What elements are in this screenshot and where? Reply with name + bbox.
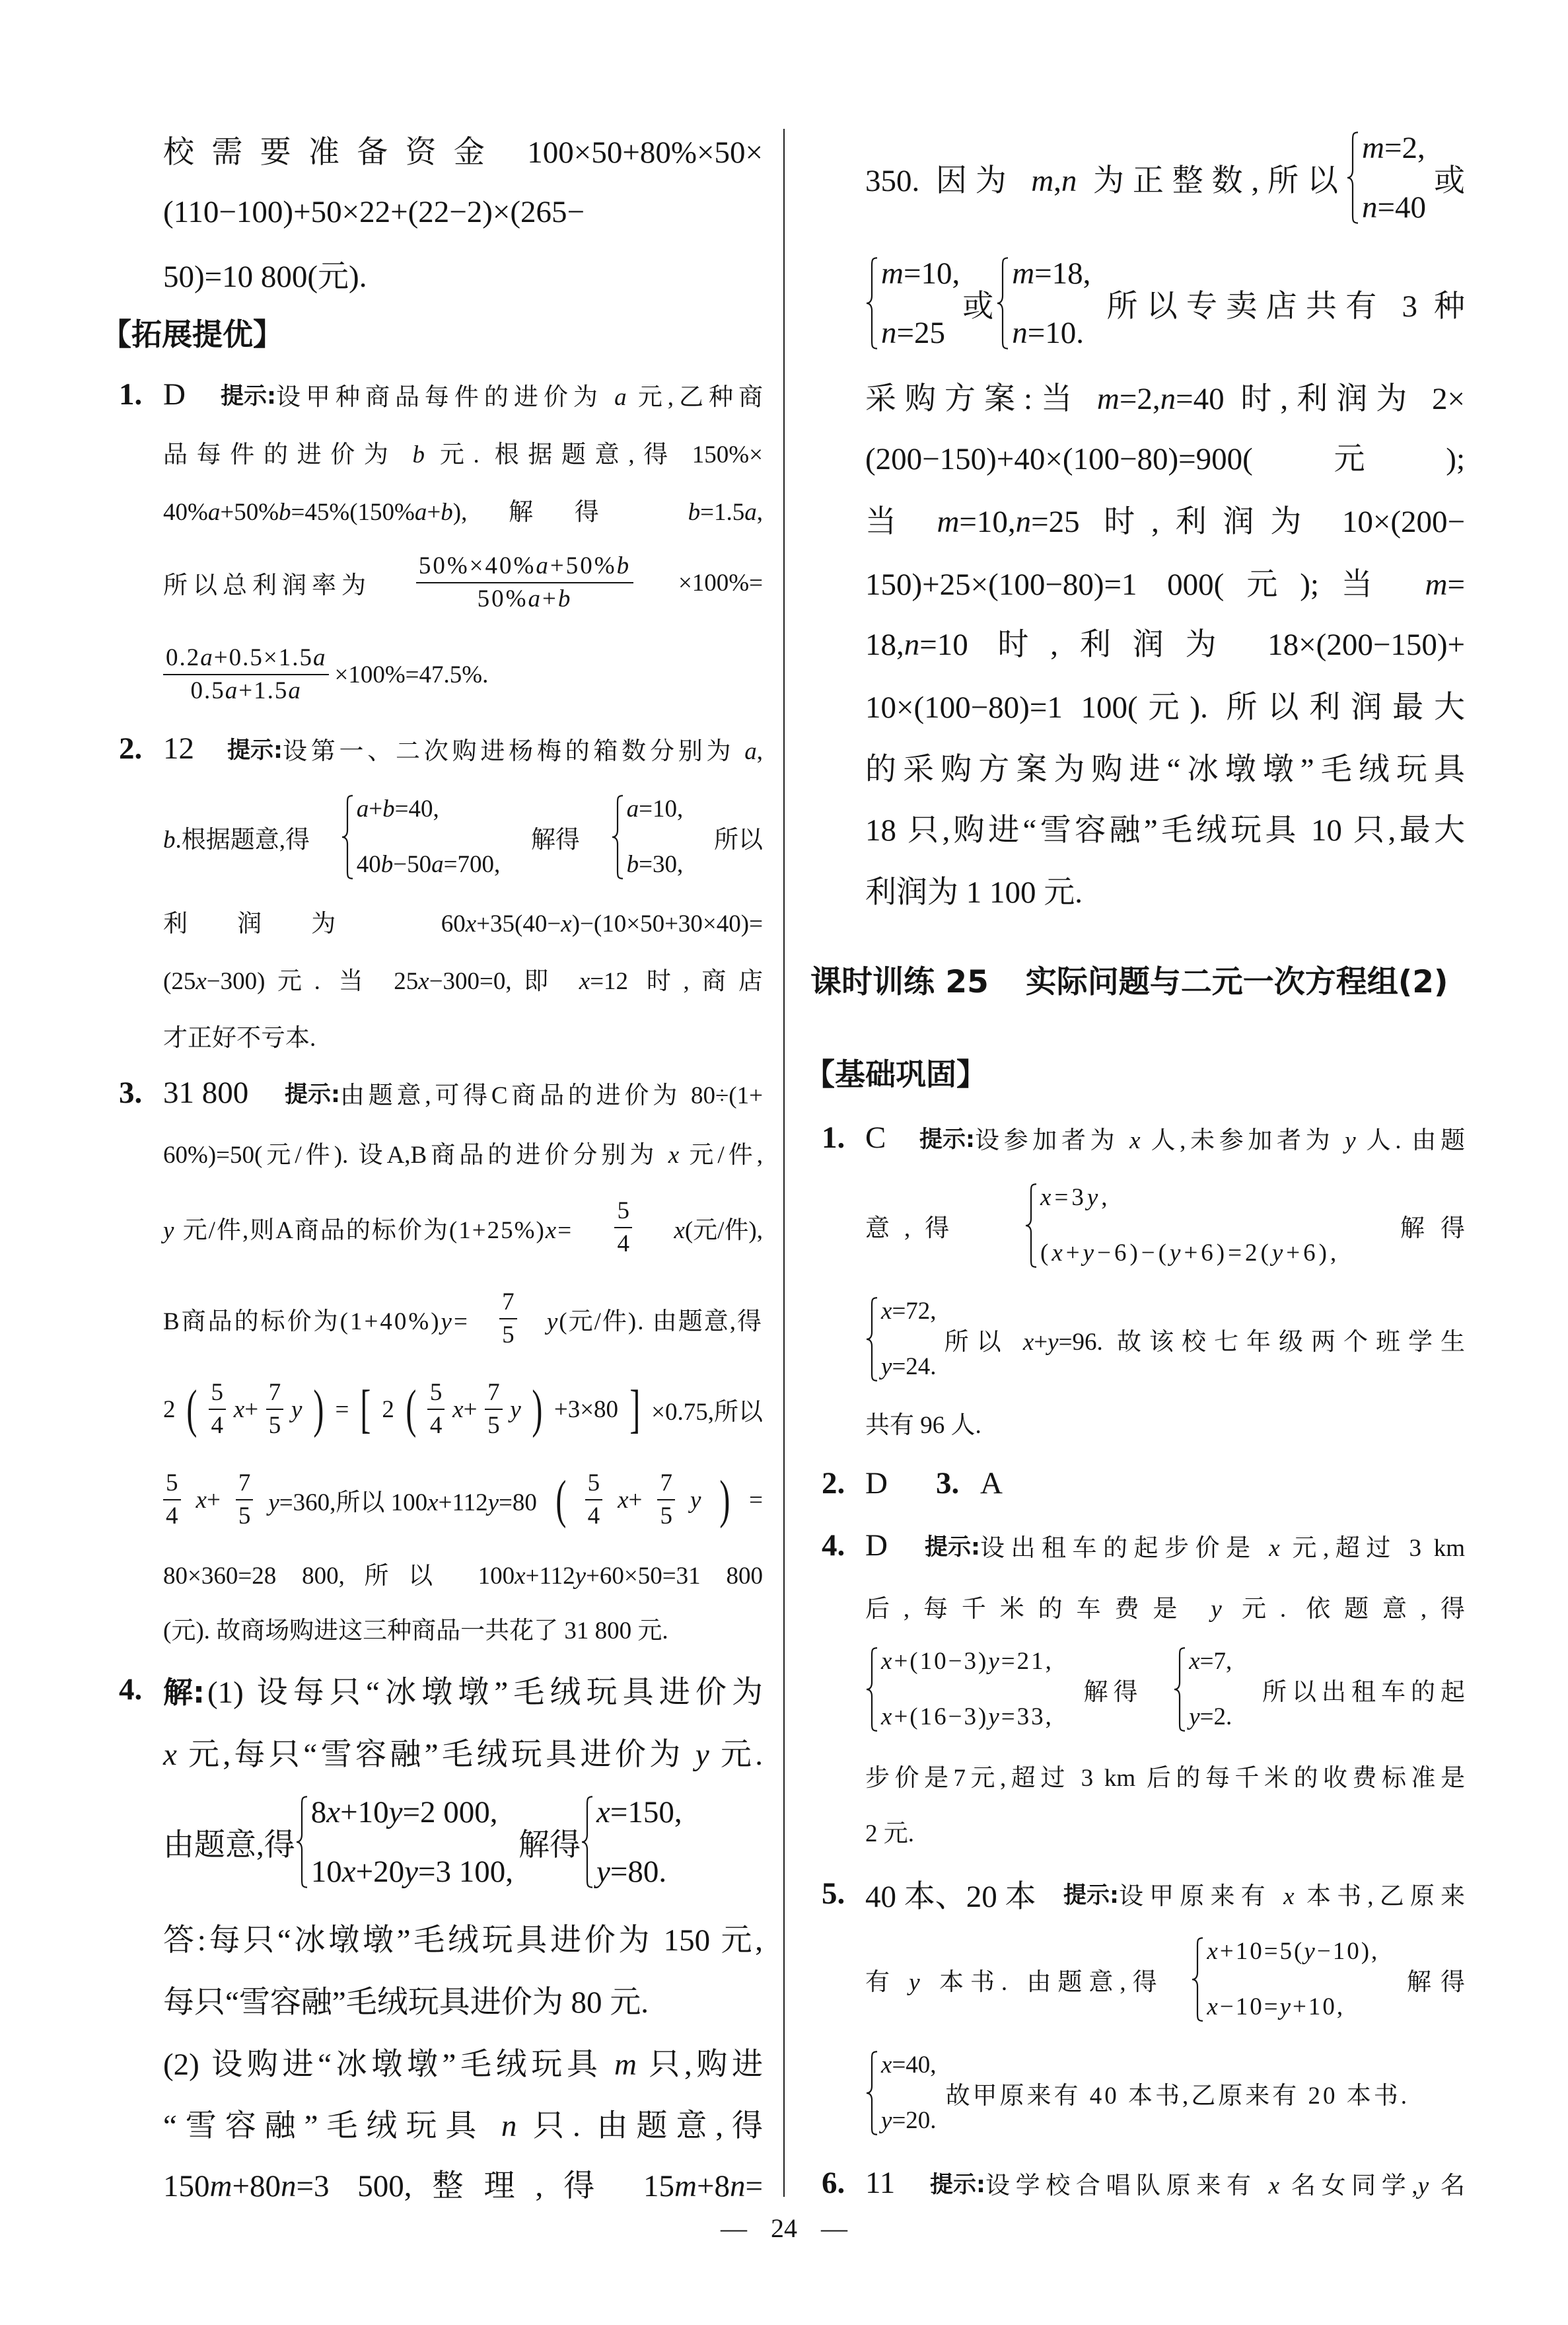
math-variable: x	[326, 1795, 340, 1829]
column-divider	[783, 129, 785, 2197]
math-variable: y	[291, 1396, 302, 1423]
math-variable: x	[881, 2051, 892, 2079]
hint-label: 提示:	[925, 1529, 980, 1562]
system-row: x=150,	[596, 1796, 682, 1829]
text-line: 利润为 1 100 元.	[865, 850, 1465, 929]
formula-line: x=40, y=20. 故甲原来有 40 本书,乙原来有 20 本书.	[865, 2053, 1465, 2133]
solution-text: 350. 因为 m,n 为正整数,所以	[865, 156, 1338, 200]
big-bracket: [	[360, 1383, 371, 1436]
solution-text: 18,n=10 时,利润为 18×(200−150)+	[865, 620, 1465, 664]
formula-line: 0.2a+0.5×1.5a 0.5a+1.5a ×100%=47.5%.	[163, 635, 763, 714]
equation-system: m=2, n=40	[1346, 131, 1426, 224]
big-bracket: ]	[629, 1383, 640, 1436]
solution-text: 所以专卖店共有 3 种	[1106, 281, 1465, 326]
math-text: x+	[234, 1395, 258, 1424]
system-row: n=10.	[1012, 316, 1090, 350]
big-paren: )	[532, 1383, 543, 1436]
math-variable: y	[510, 1396, 520, 1423]
math-variable: a	[536, 552, 550, 579]
big-paren: )	[720, 1473, 731, 1526]
hint-text: ×100%=47.5%.	[334, 661, 488, 689]
math-variable: x	[561, 910, 571, 938]
hint-text: 所以总利润率为	[163, 565, 371, 601]
fraction-denominator: 4	[588, 1500, 600, 1532]
math-variable: x	[881, 1298, 892, 1325]
math-variable: n	[1016, 505, 1032, 539]
math-variable: y	[1170, 1239, 1184, 1267]
text-line: 60%)=50(元/件). 设A,B商品的进价分别为 x 元/件,	[163, 1113, 763, 1192]
fraction-denominator: 5	[660, 1500, 672, 1532]
math-variable: y	[1189, 1703, 1199, 1730]
math-variable: b	[413, 441, 425, 468]
answer-value: A	[980, 1465, 1003, 1501]
math-variable: m	[937, 505, 959, 539]
solution-text: 的采购方案为购进“冰墩墩”毛绒玩具	[865, 745, 1465, 789]
math-variable: y	[268, 1489, 279, 1516]
system-row: y=2.	[1189, 1703, 1232, 1732]
equation-system: a=10, b=30,	[611, 795, 684, 879]
solution-text: 150)+25×(100−80)=1 000(元);当 m=	[865, 560, 1465, 604]
hint-text: 80×360=28 800,所以 100x+112y+60×50=31 800	[163, 1555, 763, 1591]
math-text: +3×80	[554, 1395, 618, 1424]
math-variable: b	[382, 795, 395, 823]
math-variable: x	[579, 968, 590, 995]
math-variable: m	[1425, 568, 1448, 602]
math-variable: y	[441, 1308, 454, 1335]
fraction-numerator: 0.2a+0.5×1.5a	[163, 642, 329, 675]
math-text: =	[749, 1486, 763, 1514]
math-variable: x	[196, 968, 206, 995]
fraction-denominator: 4	[166, 1500, 178, 1532]
big-paren: (	[555, 1473, 566, 1526]
left-brace-icon	[581, 1796, 594, 1888]
system-row: 10x+20y=3 100,	[311, 1855, 513, 1888]
hint-text: 由题意,可得C商品的进价为 80÷(1+	[340, 1075, 763, 1111]
equation-system: x=150, y=80.	[581, 1796, 682, 1888]
math-variable: a	[225, 677, 239, 704]
system-row: m=18,	[1012, 257, 1090, 290]
item-number: 1.	[119, 355, 142, 434]
math-text: x+	[618, 1486, 642, 1514]
fraction: 75	[485, 1377, 503, 1442]
system-row: (x+y−6)−(y+6)=2(y+6),	[1040, 1239, 1339, 1268]
left-brace-icon	[295, 1796, 308, 1888]
fraction-numerator: 5	[585, 1467, 603, 1500]
fraction-numerator: 5	[163, 1467, 181, 1500]
system-row: x−10=y+10,	[1207, 1993, 1379, 2022]
fraction-denominator: 5	[487, 1410, 500, 1442]
formula-line: B商品的标价为(1+40%)y= 7 5 y(元/件). 由题意,得	[163, 1279, 763, 1358]
hint-label: 提示:	[919, 1121, 975, 1154]
fraction-denominator: 5	[238, 1500, 251, 1532]
fraction-denominator: 4	[617, 1228, 629, 1260]
lesson-topic: 实际问题与二元一次方程组(2)	[1026, 964, 1448, 1000]
math-variable: x	[515, 1563, 525, 1590]
big-paren: )	[313, 1383, 324, 1436]
page-number: 24	[771, 2213, 797, 2244]
left-brace-icon	[865, 2051, 878, 2135]
math-variable: b	[441, 499, 453, 526]
math-variable: x	[466, 910, 476, 938]
system-row: a+b=40,	[357, 795, 501, 824]
math-variable: y	[909, 1969, 926, 1996]
footer-dash: —	[721, 2213, 747, 2244]
system-row: b=30,	[627, 850, 684, 879]
math-variable: y	[1087, 1184, 1101, 1211]
hint-label: 提示:	[221, 378, 276, 411]
math-variable: y	[389, 1795, 403, 1829]
system-row: m=10,	[881, 257, 960, 290]
math-variable: y	[1048, 1329, 1058, 1356]
answer-value: D	[865, 1528, 925, 1563]
system-row: y=24.	[881, 1352, 937, 1382]
math-variable: a	[744, 738, 757, 765]
math-variable: m	[614, 2048, 637, 2082]
solution-text: “雪容融”毛绒玩具 n 只. 由题意,得	[163, 2101, 763, 2145]
math-variable: b	[688, 499, 701, 526]
system-row: a=10,	[627, 795, 684, 824]
fraction-numerator: 5	[427, 1377, 445, 1410]
math-variable: a	[357, 795, 369, 823]
fraction: 54	[585, 1467, 603, 1532]
fraction-denominator: 5	[502, 1319, 515, 1351]
hint-text: 2 元.	[865, 1813, 914, 1849]
answer-line: 5. 40 本、20 本 提示: 设甲原来有 x 本书,乙原来	[865, 1854, 1465, 1933]
fraction-numerator: 7	[236, 1467, 254, 1500]
math-variable: n	[1160, 382, 1176, 416]
fraction-denominator: 50%a+b	[478, 583, 573, 615]
math-variable: b	[279, 499, 291, 526]
math-variable: x	[881, 1648, 894, 1675]
solution-text: 解得	[518, 1820, 581, 1864]
formula-line: 所以总利润率为 50%×40%a+50%b 50%a+b ×100%=	[163, 543, 763, 622]
math-variable: m	[1012, 256, 1034, 291]
left-brace-icon	[865, 1647, 878, 1732]
paragraph-text: 50)=10 800(元).	[163, 252, 367, 296]
solution-text: 10×(100−80)=1 100(元). 所以利润最大	[865, 683, 1465, 727]
formula-line: 350. 因为 m,n 为正整数,所以 m=2, n=40 或	[865, 138, 1465, 217]
math-variable: m	[1031, 164, 1053, 198]
hint-text: 所以	[714, 819, 763, 855]
hint-text: 意,得	[865, 1208, 964, 1243]
math-variable: a	[208, 499, 221, 526]
left-brace-icon	[1346, 131, 1359, 224]
hint-text: 利润为 60x+35(40−x)−(10×50+30×40)=	[163, 903, 763, 939]
formula-line: y 元/件,则A商品的标价为(1+25%)x= 5 4 x(元/件),	[163, 1188, 763, 1267]
math-variable: m	[1362, 131, 1384, 165]
math-variable: x	[342, 1855, 356, 1889]
item-number: 1.	[822, 1098, 845, 1177]
equation-system: m=18, n=10.	[996, 257, 1090, 350]
math-variable: x	[881, 1703, 894, 1730]
answer-value: D	[163, 377, 221, 412]
math-variable: x	[668, 1142, 679, 1169]
math-variable: x	[1040, 1184, 1054, 1211]
math-variable: x	[1283, 1883, 1294, 1910]
lesson-title: 课时训练 25实际问题与二元一次方程组(2)	[810, 943, 1448, 1022]
math-variable: y	[163, 1217, 175, 1244]
math-variable: y	[695, 1738, 709, 1772]
math-text: 2	[163, 1395, 176, 1424]
hint-text: 后,每千米的车费是 y 元. 依题意,得	[865, 1588, 1465, 1624]
math-variable: y	[547, 1308, 559, 1335]
equation-system: 8x+10y=2 000, 10x+20y=3 100,	[295, 1796, 513, 1888]
hint-text: y(元/件). 由题意,得	[547, 1301, 763, 1337]
page-footer: — 24 —	[0, 2188, 1568, 2268]
math-variable: x	[546, 1217, 557, 1244]
text-line: x 元,每只“雪容融”毛绒玩具进价为 y 元.	[163, 1712, 763, 1791]
left-brace-icon	[341, 795, 354, 879]
math-variable: a	[288, 677, 302, 704]
math-variable: a	[744, 499, 757, 526]
math-variable: x	[234, 1396, 244, 1423]
solution-text: 18 只,购进“雪容融”毛绒玩具 10 只,最大	[865, 805, 1465, 850]
formula-line: b.根据题意,得 a+b=40, 40b−50a=700, 解得 a=10, b…	[163, 797, 763, 877]
math-variable: b	[558, 585, 573, 612]
answer-value: 40 本、20 本	[865, 1872, 1063, 1916]
formula-line: 2 ( 54 x+ 75 y ) = [ 2 ( 54 x+ 75 y ) +3…	[163, 1370, 763, 1449]
math-variable: x	[674, 1217, 684, 1244]
fraction: 54	[163, 1467, 181, 1532]
solution-label: 解:	[163, 1668, 205, 1711]
solution-text: 或	[1434, 156, 1465, 200]
math-text: y	[510, 1395, 520, 1424]
system-row: x+(16−3)y=33,	[881, 1703, 1053, 1732]
answer-value: D	[865, 1465, 936, 1501]
equation-system: x+10=5(y−10), x−10=y+10,	[1191, 1937, 1379, 2022]
math-variable: y	[690, 1487, 701, 1514]
system-row: m=2,	[1362, 131, 1426, 165]
fraction: 75	[236, 1467, 254, 1532]
answer-value: C	[865, 1120, 919, 1156]
math-variable: n	[1012, 316, 1028, 350]
system-row: n=40	[1362, 191, 1426, 224]
math-variable: x	[1129, 1127, 1140, 1154]
answer-value: 12	[163, 731, 227, 766]
system-row: x=72,	[881, 1297, 937, 1326]
math-variable: m	[1097, 382, 1120, 416]
hint-text: b.根据题意,得	[163, 819, 310, 855]
math-variable: y	[404, 1855, 418, 1889]
hint-text: 才正好不亏本.	[163, 1017, 316, 1053]
paragraph-text: 校需要准备资金 100×50+80%×50×	[163, 128, 763, 172]
hint-text: 40%a+50%b=45%(150%a+b),解得 b=1.5a,	[163, 492, 763, 527]
math-variable: y	[488, 1489, 499, 1516]
left-brace-icon	[1173, 1647, 1186, 1732]
item-number: 4.	[822, 1506, 845, 1585]
fraction-numerator: 5	[209, 1377, 227, 1410]
math-variable: x	[1189, 1648, 1199, 1675]
math-variable: a	[614, 384, 627, 411]
left-brace-icon	[865, 1297, 878, 1382]
math-variable: x	[1269, 1535, 1279, 1562]
fraction-numerator: 7	[485, 1377, 503, 1410]
math-text: x+	[196, 1486, 221, 1514]
math-variable: y	[1345, 1127, 1355, 1154]
big-paren: (	[187, 1383, 197, 1436]
system-row: 40b−50a=700,	[357, 850, 501, 879]
hint-text: 所以出租车的起	[1262, 1672, 1470, 1707]
math-text: 2	[382, 1395, 394, 1424]
formula-line: x+(10−3)y=21, x+(16−3)y=33, 解得 x=7, y=2.…	[865, 1650, 1465, 1729]
equation-system: x=40, y=20.	[865, 2051, 937, 2135]
fraction-denominator: 4	[211, 1410, 224, 1442]
fraction-numerator: 50%×40%a+50%b	[416, 550, 633, 583]
solution-text: 利润为 1 100 元.	[865, 867, 1083, 912]
system-row: n=25	[881, 316, 960, 350]
math-variable: n	[1362, 190, 1378, 225]
math-variable: a	[431, 851, 444, 878]
big-paren: (	[406, 1383, 416, 1436]
fraction: 5 4	[614, 1195, 632, 1260]
fraction-numerator: 5	[614, 1195, 632, 1228]
solution-text: 当 m=10,n=25 时,利润为 10×(200−	[865, 497, 1465, 541]
math-text: y	[690, 1486, 701, 1514]
hint-text: 解得	[1407, 1962, 1474, 1997]
math-variable: m	[881, 256, 904, 291]
formula-line: 54 x+ 75 y=360,所以 100x+112y=80 ( 54 x+ 7…	[163, 1460, 763, 1539]
hint-text: (25x−300)元. 当 25x−300=0,即 x=12 时,商店	[163, 961, 763, 996]
equation-system: x=3y, (x+y−6)−(y+6)=2(y+6),	[1024, 1183, 1339, 1268]
solution-text: 或	[962, 281, 993, 326]
hint-text: 解得	[1400, 1208, 1481, 1243]
math-variable: x	[1051, 1239, 1065, 1267]
math-variable: n	[501, 2109, 517, 2143]
system-row: y=80.	[596, 1855, 682, 1888]
hint-text: 共有 96 人.	[865, 1405, 981, 1440]
solution-text: x 元,每只“雪容融”毛绒玩具进价为 y 元.	[163, 1730, 763, 1774]
answer-page: 校需要准备资金 100×50+80%×50× (110−100)+50×22+(…	[0, 0, 1568, 2325]
system-row: 8x+10y=2 000,	[311, 1796, 513, 1829]
math-variable: y	[1304, 1938, 1316, 1965]
math-variable: y	[1272, 1239, 1286, 1267]
answer-value: 31 800	[163, 1075, 285, 1111]
item-number: 5.	[822, 1854, 845, 1933]
left-brace-icon	[611, 795, 624, 879]
fraction-numerator: 7	[266, 1377, 284, 1410]
left-brace-icon	[865, 257, 878, 350]
math-variable: y	[596, 1855, 610, 1889]
math-variable: y	[1083, 1239, 1097, 1267]
math-variable: b	[163, 827, 176, 854]
math-variable: b	[627, 851, 639, 878]
text-line: 后,每千米的车费是 y 元. 依题意,得	[865, 1567, 1465, 1646]
fraction-numerator: 7	[499, 1286, 517, 1319]
math-variable: y	[988, 1648, 1001, 1675]
hint-text: 品每件的进价为 b 元. 根据题意,得 150%×	[163, 434, 763, 470]
item-number: 4.	[119, 1650, 142, 1729]
math-variable: a	[200, 644, 214, 671]
hint-text: 60%)=50(元/件). 设A,B商品的进价分别为 x 元/件,	[163, 1134, 763, 1170]
hint-text: 解得	[531, 819, 580, 855]
answer-line: 2. 12 提示: 设第一、二次购进杨梅的箱数分别为 a,	[163, 709, 763, 788]
footer-dash: —	[821, 2213, 847, 2244]
math-text: ×0.75,所以	[651, 1391, 763, 1427]
solution-text: (200−150)+40×(100−80)=900(元);	[865, 434, 1465, 478]
solution-text: 由题意,得	[163, 1820, 295, 1864]
math-variable: y	[988, 1703, 1001, 1730]
equation-system: x+(10−3)y=21, x+(16−3)y=33,	[865, 1647, 1053, 1732]
solution-text: (1) 设每只“冰墩墩”毛绒玩具进价为	[207, 1668, 763, 1712]
math-variable: a	[627, 795, 639, 823]
item-number: 3.	[936, 1465, 980, 1501]
math-variable: y	[1280, 1993, 1293, 2020]
hint-text: 所以 x+y=96. 故该校七年级两个班学生	[944, 1321, 1465, 1357]
math-variable: b	[617, 552, 631, 579]
hint-text: x(元/件),	[674, 1210, 763, 1245]
system-row: x=3y,	[1040, 1183, 1339, 1212]
formula-line: m=10, n=25 或 m=18, n=10. 所以专卖店共有 3 种	[865, 264, 1465, 343]
item-number: 2.	[119, 709, 142, 788]
formula-line: x=72, y=24. 所以 x+y=96. 故该校七年级两个班学生	[865, 1300, 1465, 1379]
left-brace-icon	[1191, 1937, 1204, 2022]
math-text: y	[291, 1395, 302, 1424]
fraction: 75	[266, 1377, 284, 1442]
math-text: y=360,所以 100x+112y=80	[268, 1482, 537, 1518]
solution-text: 答:每只“冰墩墩”毛绒玩具进价为 150 元,	[163, 1915, 763, 1960]
formula-line: 由题意,得 8x+10y=2 000, 10x+20y=3 100, 解得 x=…	[163, 1802, 763, 1882]
text-line: 40%a+50%b=45%(150%a+b),解得 b=1.5a,	[163, 470, 763, 549]
hint-text: y 元/件,则A商品的标价为(1+25%)x=	[163, 1210, 573, 1245]
lesson-number: 课时训练 25	[810, 964, 989, 1000]
hint-text: ×100%=	[678, 569, 763, 597]
fraction: 0.2a+0.5×1.5a 0.5a+1.5a	[163, 642, 329, 707]
equation-system: x=7, y=2.	[1173, 1647, 1232, 1732]
hint-text: 设甲种商品每件的进价为 a 元,乙种商	[276, 377, 763, 412]
fraction: 54	[427, 1377, 445, 1442]
solution-text: 每只“雪容融”毛绒玩具进价为 80 元.	[163, 1977, 649, 2022]
fraction-numerator: 7	[657, 1467, 675, 1500]
math-variable: a	[528, 585, 542, 612]
formula-line: 有 y 本书. 由题意,得 x+10=5(y−10), x−10=y+10, 解…	[865, 1940, 1465, 2019]
left-brace-icon	[996, 257, 1009, 350]
fraction-denominator: 4	[430, 1410, 443, 1442]
fraction-denominator: 0.5a+1.5a	[191, 675, 302, 707]
hint-text: B商品的标价为(1+40%)y=	[163, 1301, 470, 1337]
math-variable: x	[452, 1396, 463, 1423]
fraction: 7 5	[499, 1286, 517, 1351]
math-variable: n	[881, 316, 897, 350]
math-text: =	[335, 1395, 349, 1424]
hint-text: 设甲原来有 x 本书,乙原来	[1119, 1876, 1465, 1911]
system-row: x+(10−3)y=21,	[881, 1647, 1053, 1676]
hint-text: (元). 故商场购进这三种商品一共花了 31 800 元.	[163, 1610, 668, 1646]
hint-text: 设出租车的起步价是 x 元,超过 3 km	[980, 1528, 1465, 1563]
math-text: x+	[452, 1395, 477, 1424]
item-number: 2.	[822, 1465, 865, 1501]
paragraph-text: (110−100)+50×22+(22−2)×(265−	[163, 194, 763, 230]
math-variable: x	[1207, 1938, 1219, 1965]
math-variable: a	[313, 644, 327, 671]
math-variable: x	[163, 1738, 177, 1772]
hint-text: 设参加者为 x 人,未参加者为 y 人. 由题	[975, 1120, 1465, 1156]
system-row: x=40,	[881, 2051, 937, 2080]
hint-text: 有 y 本书. 由题意,得	[865, 1962, 1164, 1997]
math-variable: x	[418, 968, 429, 995]
answer-line: 1. C 提示: 设参加者为 x 人,未参加者为 y 人. 由题	[865, 1098, 1465, 1177]
system-row: x=7,	[1189, 1647, 1232, 1676]
math-variable: y	[881, 2107, 892, 2134]
equation-system: m=10, n=25	[865, 257, 960, 350]
fraction: 75	[657, 1467, 675, 1532]
equation-system: x=72, y=24.	[865, 1297, 937, 1382]
math-variable: b	[381, 851, 394, 878]
math-variable: x	[427, 1489, 438, 1516]
math-variable: y	[1211, 1596, 1221, 1623]
hint-text: 设第一、二次购进杨梅的箱数分别为 a,	[283, 731, 763, 766]
fraction: 54	[209, 1377, 227, 1442]
math-variable: a	[415, 499, 427, 526]
